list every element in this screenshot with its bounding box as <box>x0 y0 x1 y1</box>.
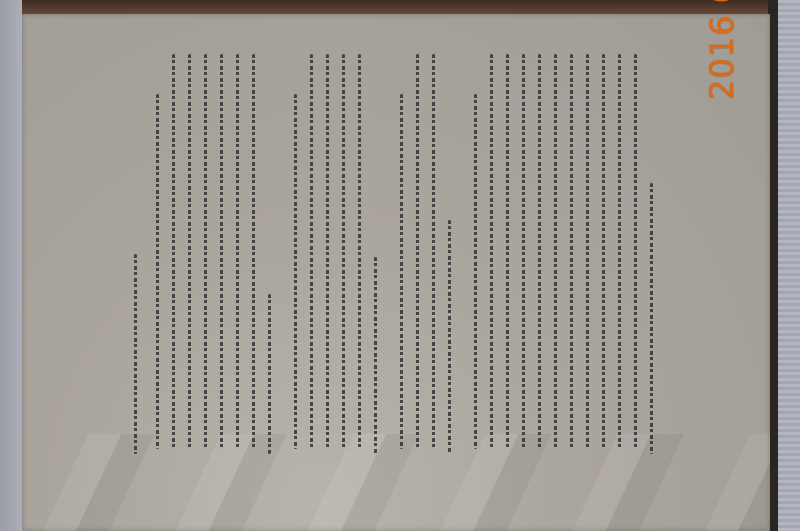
handwritten-text <box>132 54 692 454</box>
date-stamp: 2016 03 20 <box>703 0 741 100</box>
cloth-background <box>778 0 800 531</box>
book-page <box>22 14 770 531</box>
book-cover-edge <box>22 0 778 15</box>
